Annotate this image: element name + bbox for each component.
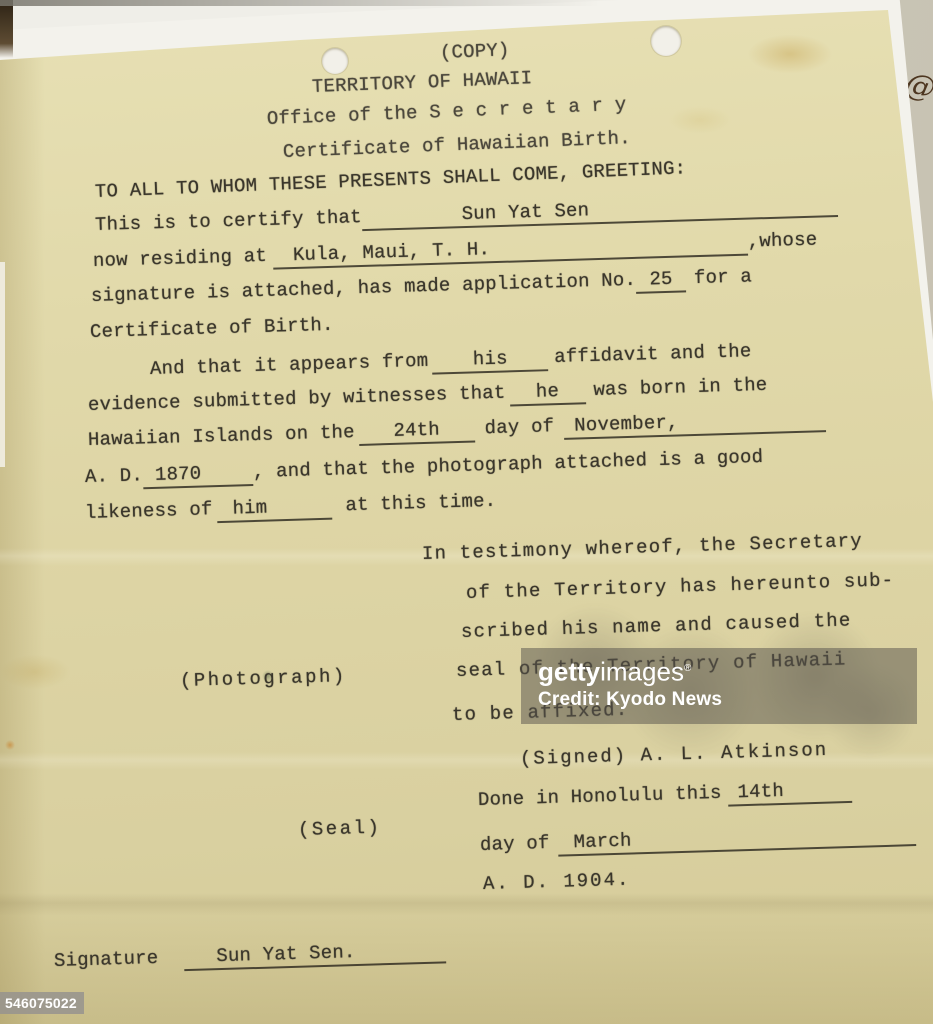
punch-hole-left (322, 48, 348, 74)
application-no-blank: 25 (636, 265, 687, 293)
islands-label: Hawaiian Islands on the (88, 421, 355, 451)
day-of-label: day of (484, 415, 554, 439)
year-blank: 1870 (143, 459, 254, 489)
dark-edge-strip (0, 0, 13, 58)
likeness-label: likeness of (85, 498, 213, 524)
appears-label: And that it appears from (150, 350, 429, 380)
seal-placeholder: (Seal) (298, 815, 382, 844)
done-label: Done in Honolulu this (478, 782, 722, 811)
his-blank: his (432, 344, 549, 374)
him-blank: him (216, 493, 332, 523)
certify-label: This is to certify that (95, 206, 362, 236)
he-blank: he (509, 377, 586, 406)
image-id-badge: 546075022 (0, 992, 84, 1014)
getty-brand-bold: getty (538, 657, 600, 687)
registered-mark: ® (684, 663, 691, 674)
top-shadow-strip (0, 0, 600, 6)
signature-label: Signature (54, 947, 159, 972)
day-blank: 24th (358, 416, 475, 446)
whose-label: ,whose (747, 229, 817, 253)
residing-label: now residing at (93, 245, 268, 272)
done-month-label: day of (480, 832, 550, 856)
for-a-label: for a (694, 265, 753, 289)
copy-label: (COPY) (439, 37, 510, 67)
ad-year-line: A. D. 1904. (483, 867, 631, 898)
affidavit-label: affidavit and the (554, 340, 752, 368)
photo-of-certificate: @ (COPY) TERRITORY OF HAWAII Office of t… (0, 0, 933, 1024)
time-label: at this time. (345, 490, 496, 516)
getty-brand: gettyimages® (538, 655, 917, 686)
ad-label: A. D. (85, 464, 144, 488)
getty-credit: Credit: Kyodo News (538, 689, 917, 711)
born-label: was born in the (593, 374, 768, 401)
getty-watermark-bar: gettyimages® Credit: Kyodo News (521, 648, 917, 724)
punch-hole-right (651, 26, 681, 56)
getty-brand-rest: images (600, 657, 684, 687)
done-day-blank: 14th (727, 776, 852, 807)
left-edge-sliver (0, 262, 5, 467)
photograph-placeholder: (Photograph) (180, 663, 348, 695)
